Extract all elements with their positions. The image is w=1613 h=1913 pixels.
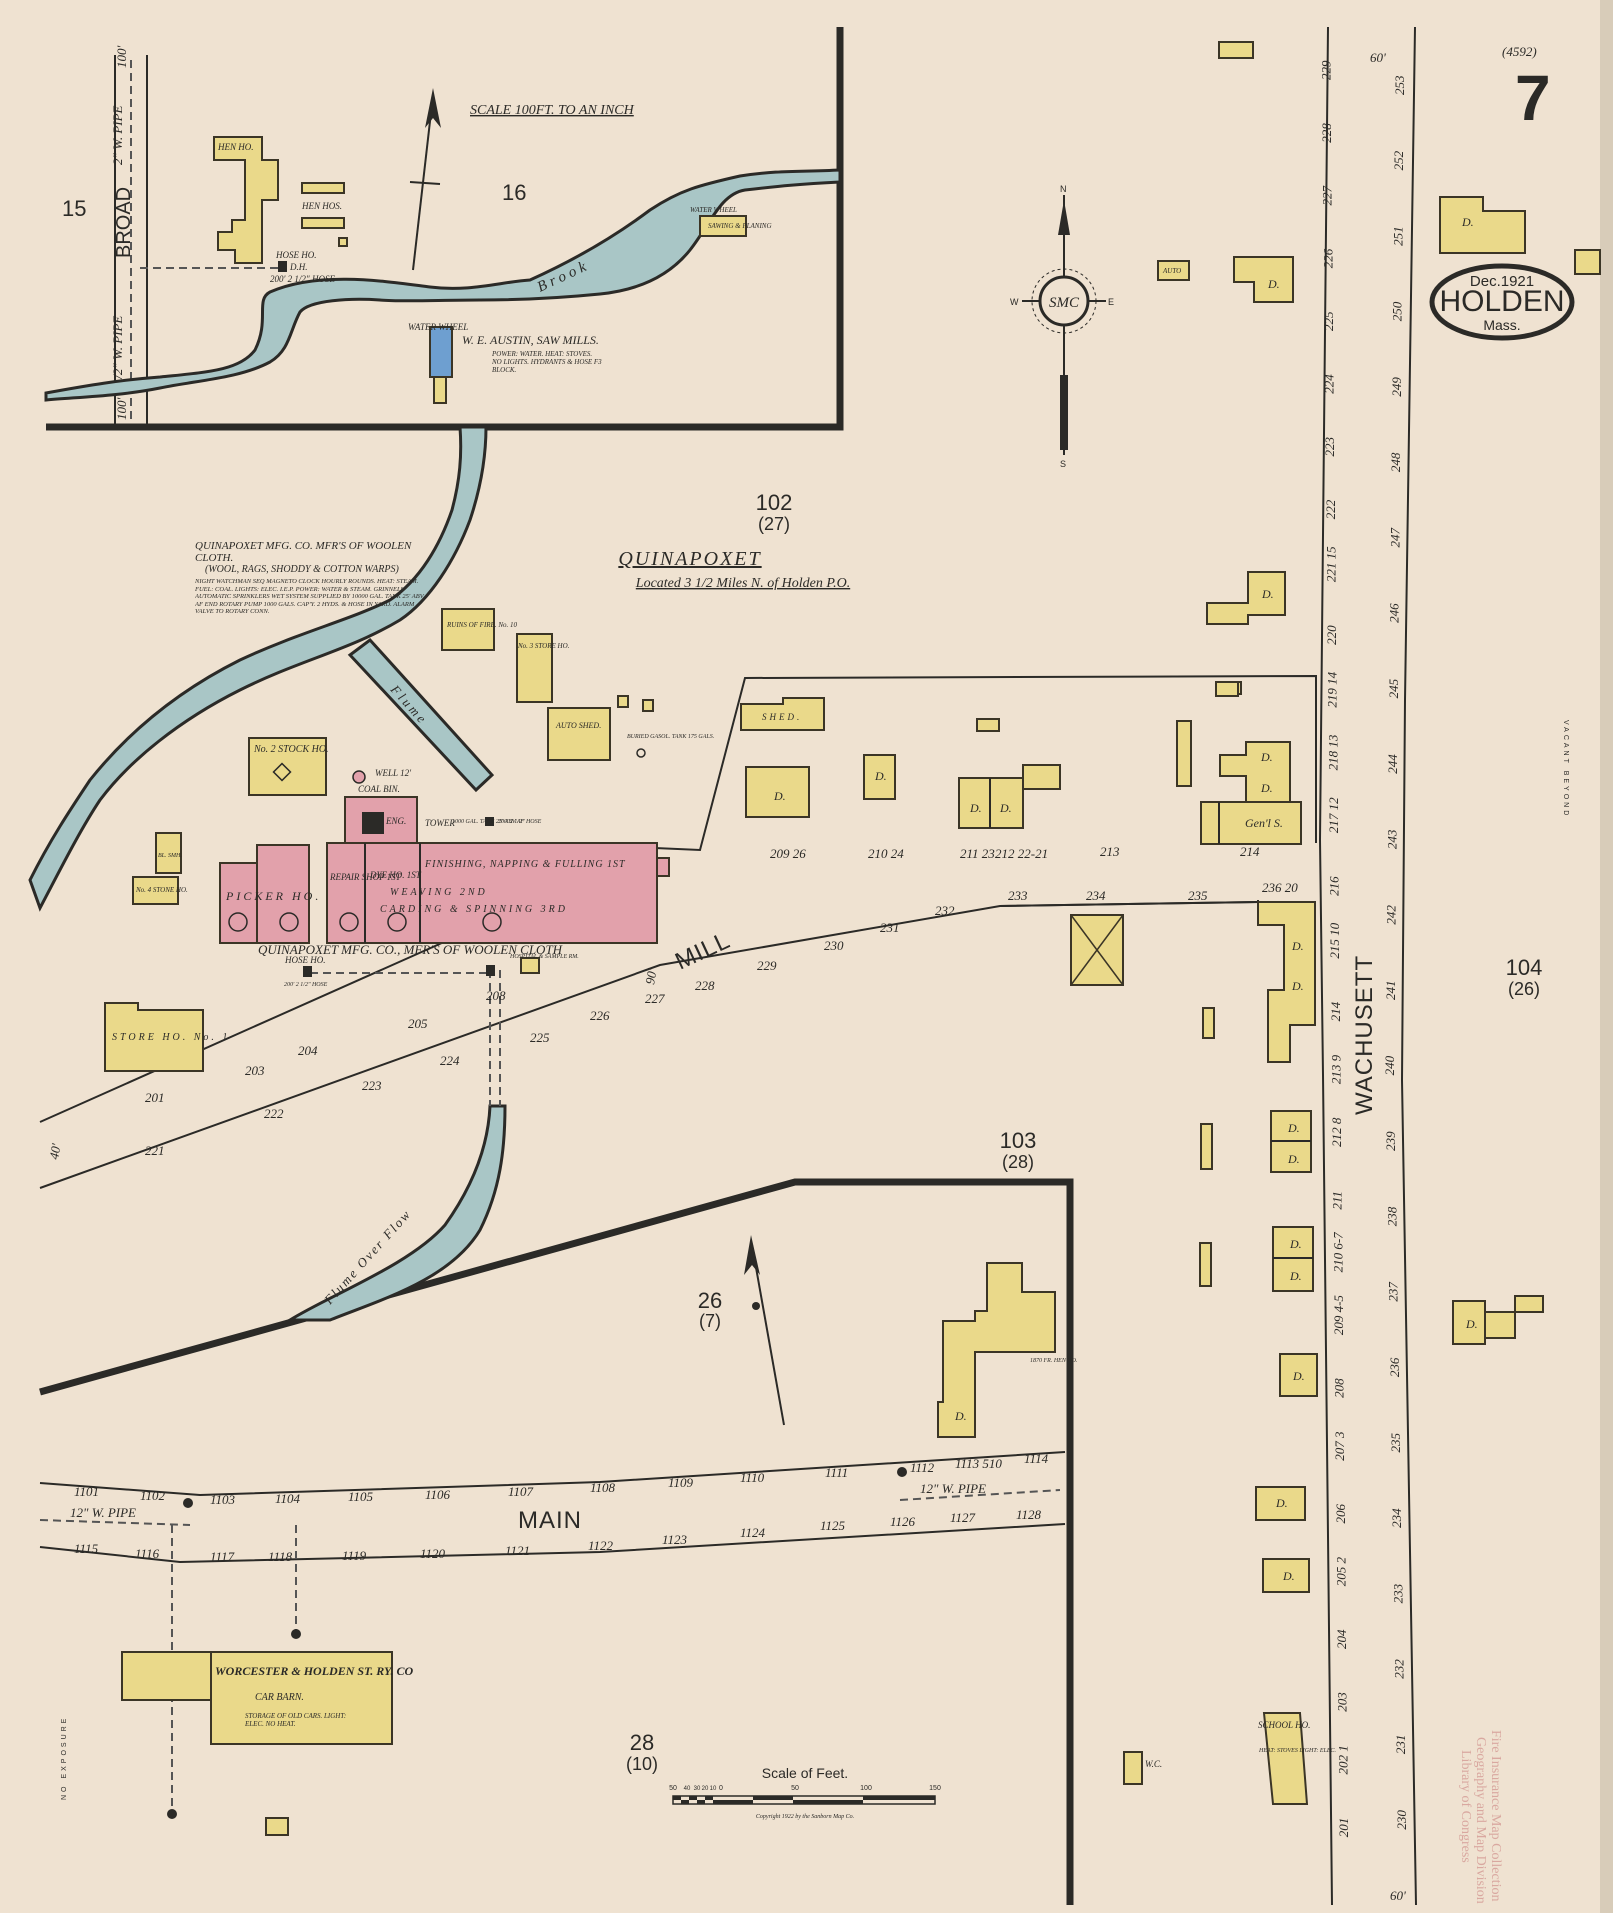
hose-house-detail: 200' 2 1/2" HOSE — [284, 982, 328, 988]
shed-label: SHED. — [762, 712, 802, 722]
house-number: 236 — [1387, 1357, 1402, 1377]
house-number: 223 — [362, 1078, 382, 1093]
hydrant-icon — [183, 1498, 193, 1508]
scale-tick: 0 — [719, 1785, 723, 1792]
place-title: QUINAPOXET — [618, 548, 761, 570]
scale-seg — [793, 1800, 863, 1804]
scale-tick: 50 — [669, 1785, 677, 1792]
hose-house-label: HOSE HO. — [284, 955, 326, 965]
house-number: 211 23 — [960, 846, 995, 861]
scale-tick: 100 — [860, 1785, 872, 1792]
small-shed-2 — [643, 700, 653, 711]
house-number: 214 — [1328, 1001, 1343, 1021]
dwelling-label: D. — [1267, 277, 1280, 291]
broad-pipe-note-top: 2" W. PIPE — [110, 105, 125, 165]
block-104: 104 — [1506, 955, 1543, 980]
scale-seg — [681, 1800, 689, 1804]
dwelling-label: D. — [1260, 781, 1273, 795]
house-number: 1121 — [505, 1543, 530, 1558]
compass-south-feather-icon — [1060, 375, 1068, 450]
house-number: 228 — [1319, 123, 1334, 143]
scale-seg — [863, 1796, 935, 1800]
tank-hose-label: 200' 2 1/2" HOSE — [498, 819, 542, 825]
car-barn-label: CAR BARN. — [255, 1692, 304, 1703]
mill-description: QUINAPOXET MFG. CO. MFR'S OF WOOLEN CLOT… — [195, 540, 425, 640]
house-number: 212 8 — [1329, 1117, 1344, 1147]
house-number: 217 12 — [1326, 797, 1341, 833]
no-exposure-note: NO EXPOSURE — [61, 1716, 68, 1800]
scale-seg — [673, 1796, 681, 1800]
house-number: 228 — [695, 978, 715, 993]
house-number: 225 — [1321, 311, 1336, 331]
block-26-sub: (7) — [699, 1311, 721, 1331]
narrow-shed — [1203, 1008, 1214, 1038]
house-number: 204 — [298, 1043, 318, 1058]
inset-hen-houses-label: HEN HOS. — [301, 201, 342, 211]
house-number: 243 — [1384, 829, 1399, 849]
house-number: 1113 510 — [955, 1456, 1002, 1471]
house-number: 241 — [1383, 981, 1398, 1001]
block-28: 28 — [630, 1730, 654, 1755]
general-store-label: Gen'l S. — [1245, 816, 1283, 830]
house-number: 1104 — [275, 1491, 301, 1506]
house-number: 246 — [1387, 603, 1402, 623]
long-shed — [1177, 721, 1191, 786]
house-number: 229 — [1318, 60, 1333, 80]
dwelling-label: D. — [1260, 750, 1273, 764]
sheet-number: 7 — [1515, 62, 1551, 134]
main-street-label: MAIN — [518, 1507, 582, 1534]
compass-w: W — [1010, 297, 1019, 307]
saw-mill-notes: POWER: WATER. HEAT: STOVES. NO LIGHTS. H… — [492, 350, 602, 390]
well-icon — [353, 771, 365, 783]
small-shed-bottom — [266, 1818, 288, 1835]
house-number: 213 — [1100, 844, 1120, 859]
house-number: 219 14 — [1325, 671, 1340, 707]
house-number: 209 26 — [770, 846, 806, 861]
house-number: 252 — [1391, 150, 1406, 170]
mill-width-right: 90' — [642, 967, 660, 985]
saw-mill-building — [430, 327, 452, 377]
house-number: 220 — [1324, 625, 1339, 645]
dwelling-label: D. — [969, 801, 982, 815]
house-number: 205 — [408, 1016, 428, 1031]
house-number: 1115 — [74, 1541, 99, 1556]
picker-house-label: PICKER HO. — [225, 889, 321, 903]
house-number: 206 — [1333, 1503, 1348, 1523]
sawing-planing-label: SAWING & PLANING — [708, 222, 772, 230]
house-number: 1106 — [425, 1487, 451, 1502]
house-number: 227 — [1320, 186, 1335, 206]
house-number: 233 — [1390, 1583, 1405, 1603]
dwelling-label: D. — [1287, 1121, 1300, 1135]
dwelling-label: D. — [1261, 587, 1274, 601]
house-number: 209 4-5 — [1331, 1295, 1346, 1336]
house-number: 229 — [757, 958, 777, 973]
store-house-3-label: No. 3 STORE HO. — [517, 642, 570, 650]
house-number: 232 — [935, 903, 955, 918]
scale-tick: 30 — [694, 1786, 701, 1792]
inset-water-wheel-2: WATER WHEEL — [690, 206, 737, 214]
house-number: 244 — [1385, 754, 1400, 774]
house-number: 231 — [880, 920, 900, 935]
house-number: 1103 — [210, 1492, 236, 1507]
compass-e: E — [1108, 297, 1114, 307]
block-16: 16 — [502, 180, 526, 205]
dwelling-label: D. — [1287, 1152, 1300, 1166]
house-number: 230 — [1394, 1810, 1409, 1830]
scale-seg — [753, 1796, 793, 1800]
ruins-of-fire — [442, 609, 494, 650]
mill-annex — [657, 858, 669, 876]
house-number: 1117 — [210, 1549, 235, 1564]
water-closet — [1124, 1752, 1142, 1784]
small-outbuilding — [977, 719, 999, 731]
hydrant-icon — [291, 1629, 301, 1639]
dwelling-label: D. — [954, 1409, 967, 1423]
ruins-label: RUINS OF FIRE. No. 10 — [446, 621, 517, 629]
dwelling-label: D. — [773, 789, 786, 803]
bl-smith-label: BL. SMH. — [158, 853, 182, 859]
house-number: 236 20 — [1262, 880, 1298, 895]
stone-house-label: No. 4 STONE HO. — [135, 886, 188, 894]
house-number: 203 — [245, 1063, 265, 1078]
compass-monogram: SMC — [1049, 295, 1080, 311]
house-number: 235 — [1388, 1433, 1403, 1453]
house-number: 1118 — [268, 1549, 293, 1564]
house-number: 234 — [1389, 1508, 1404, 1528]
house-number: 1125 — [820, 1518, 846, 1533]
scale-seg — [713, 1800, 753, 1804]
dwelling-label: D. — [874, 769, 887, 783]
stamp-line-3: Library of Congress — [1458, 1750, 1473, 1863]
house-number: 201 — [1336, 1818, 1351, 1838]
dwelling-label: D. — [1275, 1496, 1288, 1510]
auto-shed — [548, 708, 610, 760]
house-number: 1108 — [590, 1480, 616, 1495]
scale-seg — [697, 1800, 705, 1804]
house-number: 1112 — [910, 1460, 935, 1475]
block-15: 15 — [62, 196, 86, 221]
narrow-shed — [1201, 1124, 1212, 1169]
inset-small-shed — [339, 238, 347, 246]
school-notes: HEAT: STOVES LIGHT: ELEC. — [1258, 1748, 1336, 1754]
catalog-number: (4592) — [1502, 44, 1537, 59]
dwelling-label: D. — [1465, 1317, 1478, 1331]
house-number: 213 9 — [1328, 1054, 1343, 1084]
water-wheel-label: WATER WHEEL — [408, 322, 468, 332]
page-edge — [1600, 0, 1613, 1913]
house-number: 204 — [1334, 1629, 1349, 1649]
house-number: 235 — [1188, 888, 1208, 903]
auto-garage-east — [1575, 250, 1600, 274]
house-number: 1120 — [420, 1546, 446, 1561]
coal-bin-label: COAL BIN. — [358, 784, 400, 794]
house-number: 250 — [1390, 301, 1405, 321]
dwelling-label: D. — [1289, 1237, 1302, 1251]
wachusett-street-label: WACHUSETT — [1351, 955, 1378, 1115]
main-mill-building — [327, 843, 657, 943]
house-number: 203 — [1335, 1692, 1350, 1712]
scale-title: Scale of Feet. — [762, 1765, 848, 1781]
house-number: 224 — [1322, 374, 1337, 394]
house-number: 233 — [1008, 888, 1028, 903]
arrow-pivot — [752, 1302, 760, 1310]
vacant-beyond-note: VACANT BEYOND — [1562, 720, 1569, 818]
car-barn-owner: WORCESTER & HOLDEN ST. RY. CO — [215, 1664, 413, 1678]
scale-seg — [689, 1796, 697, 1800]
small-shed — [1216, 682, 1238, 696]
scale-tick: 40 — [684, 1786, 691, 1792]
block-102: 102 — [756, 490, 793, 515]
hose-house-icon — [303, 966, 312, 977]
hydrant-icon — [897, 1467, 907, 1477]
house-number: 1116 — [135, 1546, 160, 1561]
dwelling-label: D. — [1291, 979, 1304, 993]
inset-scale-note: SCALE 100FT. TO AN INCH — [470, 103, 635, 118]
house-number: 1119 — [342, 1548, 367, 1563]
dwelling-label: D. — [1282, 1569, 1295, 1583]
finishing-label: FINISHING, NAPPING & FULLING 1ST — [424, 859, 626, 870]
house-number: 227 — [645, 991, 665, 1006]
house-number: 216 — [1327, 876, 1342, 896]
inset-hose-detail: 200' 2 1/2" HOSE — [270, 274, 335, 284]
house-number: 1105 — [348, 1489, 374, 1504]
scale-tick: 20 — [702, 1786, 709, 1792]
auto-shed-label: AUTO SHED. — [555, 721, 601, 730]
stamp-line-1: Fire Insurance Map Collection — [1488, 1730, 1503, 1901]
store-house-1-label: STORE HO. No. 1 — [112, 1032, 230, 1043]
inset-hose-house-label: HOSE HO. — [275, 250, 317, 260]
saw-mill-name: W. E. AUSTIN, SAW MILLS. — [462, 333, 599, 347]
house-number: 208 — [486, 988, 506, 1003]
sanborn-map-sheet: BROAD 100' 100' 2" W. PIPE 1 1/2" W. PIP… — [0, 0, 1613, 1913]
scale-tick: 10 — [710, 1786, 717, 1792]
mill-width-left: 40' — [46, 1142, 64, 1160]
block-102-sub: (27) — [758, 514, 790, 534]
boiler-icon — [362, 812, 384, 834]
wachusett-width-top: 60' — [1370, 50, 1386, 65]
weaving-label: WEAVING 2ND — [390, 887, 488, 898]
inset-hen-house-label: HEN HO. — [217, 142, 254, 152]
school-label: SCHOOL HO. — [1258, 1720, 1310, 1730]
carding-label: CARDING & SPINNING 3RD — [380, 904, 568, 915]
dwelling-label: D. — [1292, 1369, 1305, 1383]
house-number: 226 — [590, 1008, 610, 1023]
small-shed-1 — [618, 696, 628, 707]
house-number: 1126 — [890, 1514, 916, 1529]
house-number: 214 — [1240, 844, 1260, 859]
main-pipe-note-east: 12" W. PIPE — [920, 1481, 986, 1496]
main-pipe-note-west: 12" W. PIPE — [70, 1505, 136, 1520]
house-number: 224 — [440, 1053, 460, 1068]
dwelling-label: D. — [999, 801, 1012, 815]
broad-street-label: BROAD — [113, 187, 135, 258]
engine-label: ENG. — [385, 816, 406, 826]
block-28-sub: (10) — [626, 1754, 658, 1774]
house-number: 1122 — [588, 1538, 614, 1553]
narrow-shed — [1200, 1243, 1211, 1286]
house-number: 1107 — [508, 1484, 534, 1499]
car-barn-notes: STORAGE OF OLD CARS. LIGHT: ELEC. NO HEA… — [245, 1712, 365, 1742]
dwelling-label: D. — [1289, 1269, 1302, 1283]
broad-width-top: 100' — [114, 46, 129, 69]
house-number: 253 — [1392, 75, 1407, 95]
house-number: 221 15 — [1323, 546, 1338, 582]
house-number: 240 — [1382, 1055, 1397, 1075]
saw-mill-lumber-shed — [434, 377, 446, 403]
house-number: 234 — [1086, 888, 1106, 903]
dwelling-212-rear — [1023, 765, 1060, 789]
stock-house-label: No. 2 STOCK HO. — [253, 744, 329, 755]
copyright: Copyright 1922 by the Sanborn Map Co. — [756, 1814, 854, 1820]
house-number: 201 — [145, 1090, 165, 1105]
house-number: 248 — [1388, 452, 1403, 472]
dwelling-label: D. — [1461, 215, 1474, 229]
house-number: 211 — [1330, 1191, 1345, 1210]
inset-hen-house-1 — [302, 183, 344, 193]
house-number: 1111 — [825, 1465, 848, 1480]
compass-s: S — [1060, 459, 1066, 469]
house-number: 223 — [1322, 437, 1337, 457]
title-state: Mass. — [1483, 317, 1520, 333]
house-number: 1109 — [668, 1475, 694, 1490]
house-number: 1110 — [740, 1470, 765, 1485]
house-number: 210 24 — [868, 846, 904, 861]
house-number: 222 — [264, 1106, 284, 1121]
house-number: 251 — [1390, 226, 1405, 246]
house-number: 1114 — [1024, 1451, 1049, 1466]
broad-width-bottom: 100' — [114, 398, 129, 421]
house-number: 1101 — [74, 1484, 99, 1499]
house-number: 207 3 — [1332, 1431, 1347, 1461]
house-number: 1123 — [662, 1532, 688, 1547]
place-location: Located 3 1/2 Miles N. of Holden P.O. — [635, 576, 850, 591]
scale-tick: 150 — [929, 1785, 941, 1792]
title-town: HOLDEN — [1439, 285, 1564, 318]
house-number: 215 10 — [1327, 922, 1342, 958]
house-number: 205 2 — [1333, 1556, 1348, 1586]
dye-house-label: DYE HO. 1ST — [369, 870, 422, 880]
house-number: 239 — [1383, 1131, 1398, 1151]
buried-tank-label: BURIED GASOL. TANK 175 GALS. — [627, 734, 714, 740]
house-number: 1127 — [950, 1510, 976, 1525]
shed-east — [1515, 1296, 1543, 1312]
house-number: 242 — [1384, 905, 1399, 925]
wachusett-width-bottom: 60' — [1390, 1888, 1406, 1903]
hospital-sample-room — [521, 958, 539, 973]
house-number: 237 — [1386, 1282, 1401, 1302]
house-number: 245 — [1386, 678, 1401, 698]
house-number: 218 13 — [1325, 734, 1340, 770]
hydrant-icon — [167, 1809, 177, 1819]
house-number: 230 — [824, 938, 844, 953]
block-103: 103 — [1000, 1128, 1037, 1153]
house-number: 249 — [1389, 377, 1404, 397]
inset-hen-house-2 — [302, 218, 344, 228]
inset-hydrant-label: D.H. — [289, 262, 308, 272]
house-number: 226 — [1320, 248, 1335, 268]
house-number: 221 — [145, 1143, 165, 1158]
hospital-label: HOSPITAL & SAMPLE RM. — [509, 954, 579, 960]
block-104-sub: (26) — [1508, 979, 1540, 999]
hen-house-label: 1870 FR. HEN HO. — [1030, 1358, 1078, 1364]
house-number: 208 — [1332, 1378, 1347, 1398]
stamp-line-2: Geography and Map Division — [1473, 1737, 1488, 1904]
house-number: 238 — [1384, 1206, 1399, 1226]
dwelling-east-rear — [1485, 1312, 1515, 1338]
scale-tick: 50 — [791, 1785, 799, 1792]
scale-seg — [705, 1796, 713, 1800]
house-number: 231 — [1393, 1735, 1408, 1755]
hen-house-top — [1219, 42, 1253, 58]
dwelling-label: D. — [1291, 939, 1304, 953]
house-number: 1102 — [140, 1488, 166, 1503]
house-number: 210 6-7 — [1330, 1232, 1345, 1273]
block-103-sub: (28) — [1002, 1152, 1034, 1172]
auto-label: AUTO — [1162, 267, 1181, 275]
house-number: 212 22-21 — [995, 846, 1048, 861]
house-number: 247 — [1387, 528, 1402, 548]
well-label: WELL 12' — [375, 768, 412, 778]
house-number: 202 1 — [1335, 1745, 1350, 1774]
house-number: 1124 — [740, 1525, 766, 1540]
house-number: 222 — [1323, 499, 1338, 519]
compass-n: N — [1060, 184, 1067, 194]
house-number: 232 — [1392, 1659, 1407, 1679]
block-26: 26 — [698, 1288, 722, 1313]
hydrant-house-icon — [486, 965, 495, 976]
wc-label: W.C. — [1145, 1759, 1162, 1769]
tower-label: TOWER — [425, 818, 455, 828]
house-number: 1128 — [1016, 1507, 1042, 1522]
car-barn-annex — [122, 1652, 214, 1700]
inset-hose-house-icon — [278, 261, 287, 272]
house-number: 225 — [530, 1030, 550, 1045]
